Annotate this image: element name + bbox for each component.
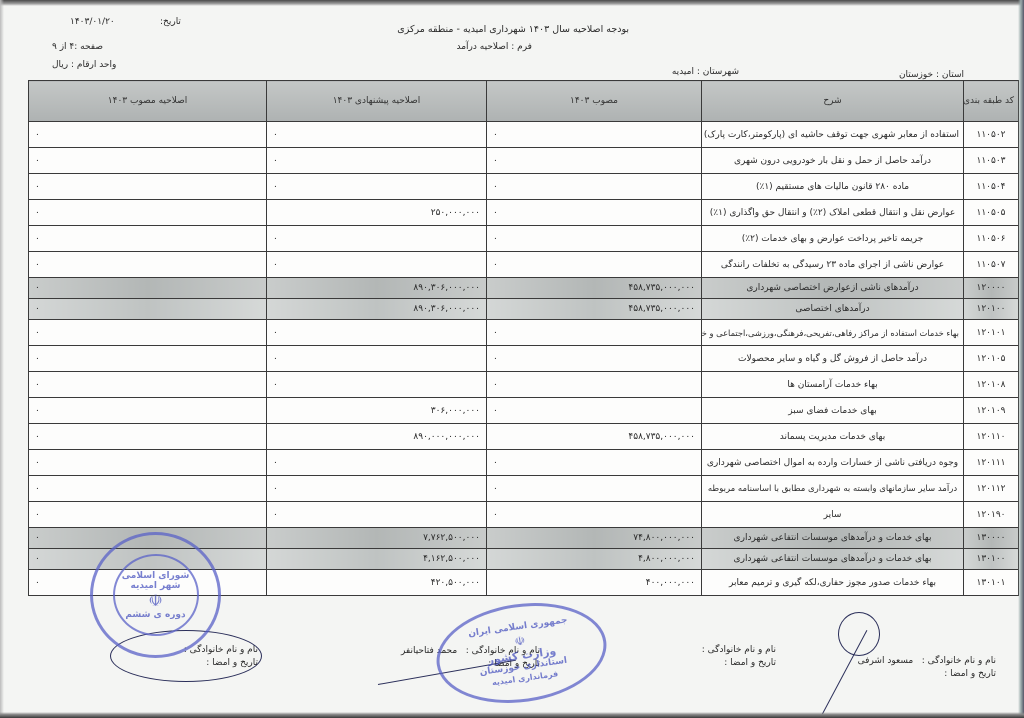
cell-approved: ۰ (487, 226, 702, 252)
cell-description: درآمدهای ناشی ازعوارض اختصاصی شهرداری (702, 278, 964, 299)
cell-code: ۱۱۰۵۰۷ (964, 252, 1019, 278)
cell-proposed-amendment: ۰ (267, 476, 487, 502)
cell-approved-amendment: ۰ (29, 502, 267, 528)
stamp-text: شورای اسلامی شهر امیدیه (115, 571, 197, 591)
cell-approved-amendment: ۰ (29, 200, 267, 226)
date-label: تاریخ: (160, 17, 181, 27)
signer-date-label: تاریخ و امضا : (702, 658, 776, 668)
cell-description: درآمد حاصل از حمل و نقل بار خودرویی درون… (702, 148, 964, 174)
cell-proposed-amendment: ۰ (267, 148, 487, 174)
table-row: ۱۱۰۵۰۷عوارض ناشی از اجرای ماده ۲۳ رسیدگی… (29, 252, 1019, 278)
province-field: استان : خوزستان (899, 70, 964, 80)
column-header-description: شرح (702, 81, 964, 122)
cell-description: بهای خدمات مدیریت پسماند (702, 424, 964, 450)
cell-description: ماده ۲۸۰ قانون مالیات های مستقیم (۱٪) (702, 174, 964, 200)
table-row: ۱۲۰۱۰۱بهاء خدمات استفاده از مراکز رفاهی،… (29, 320, 1019, 346)
signer-name-label: نام و نام خانوادگی : (702, 645, 776, 655)
cell-approved-amendment: ۰ (29, 372, 267, 398)
cell-description: بهاء خدمات آرامستان ها (702, 372, 964, 398)
cell-proposed-amendment: ۰ (267, 320, 487, 346)
date-value: ۱۴۰۳/۰۱/۲۰ (70, 17, 115, 27)
table-row: ۱۲۰۱۱۲درآمد سایر سازمانهای وابسته به شهر… (29, 476, 1019, 502)
cell-code: ۱۲۰۱۰۵ (964, 346, 1019, 372)
table-row: ۱۲۰۱۰۹بهای خدمات فضای سبز۰۳۰۶,۰۰۰,۰۰۰۰ (29, 398, 1019, 424)
county-value: امیدیه (672, 67, 694, 77)
cell-approved: ۰ (487, 320, 702, 346)
county-field: شهرستان : امیدیه (672, 67, 739, 77)
cell-approved-amendment: ۰ (29, 278, 267, 299)
stamp-text: دوره ی ششم (125, 610, 185, 620)
cell-proposed-amendment: ۰ (267, 346, 487, 372)
cell-proposed-amendment: ۰ (267, 372, 487, 398)
cell-proposed-amendment: ۰ (267, 122, 487, 148)
cell-code: ۱۲۰۱۹۰ (964, 502, 1019, 528)
column-header-approved: مصوب ۱۴۰۳ (487, 81, 702, 122)
signer-date-label: تاریخ و امضا : (858, 669, 996, 679)
cell-approved: ۴,۸۰۰,۰۰۰,۰۰۰ (487, 549, 702, 570)
form-label: فرم : اصلاحیه درآمد (457, 42, 532, 52)
cell-proposed-amendment: ۴۲۰,۵۰۰,۰۰۰ (267, 570, 487, 596)
table-row: ۱۲۰۱۱۰بهای خدمات مدیریت پسماند۴۵۸,۷۳۵,۰۰… (29, 424, 1019, 450)
cell-approved: ۰ (487, 200, 702, 226)
cell-code: ۱۱۰۵۰۲ (964, 122, 1019, 148)
council-stamp: شورای اسلامی شهر امیدیه ☫ دوره ی ششم (90, 532, 221, 658)
cell-approved-amendment: ۰ (29, 148, 267, 174)
cell-approved: ۴۵۸,۷۳۵,۰۰۰,۰۰۰ (487, 424, 702, 450)
cell-proposed-amendment: ۳۰۶,۰۰۰,۰۰۰ (267, 398, 487, 424)
cell-description: عوارض ناشی از اجرای ماده ۲۳ رسیدگی به تخ… (702, 252, 964, 278)
table-header-row: کد طبقه بندی شرح مصوب ۱۴۰۳ اصلاحیه پیشنه… (29, 81, 1019, 122)
cell-proposed-amendment: ۲۵۰,۰۰۰,۰۰۰ (267, 200, 487, 226)
cell-description: بهای خدمات و درآمدهای موسسات انتفاعی شهر… (702, 549, 964, 570)
table-row-subtotal: ۱۲۰۱۰۰درآمدهای اختصاصی۴۵۸,۷۳۵,۰۰۰,۰۰۰۸۹۰… (29, 299, 1019, 320)
cell-proposed-amendment: ۸۹۰,۳۰۶,۰۰۰,۰۰۰ (267, 299, 487, 320)
cell-approved-amendment: ۰ (29, 122, 267, 148)
cell-proposed-amendment: ۰ (267, 174, 487, 200)
cell-description: سایر (702, 502, 964, 528)
signature-block-2: نام و نام خانوادگی : تاریخ و امضا : (702, 645, 776, 668)
cell-proposed-amendment: ۰ (267, 450, 487, 476)
cell-description: بهای خدمات و درآمدهای موسسات انتفاعی شهر… (702, 528, 964, 549)
cell-approved-amendment: ۰ (29, 346, 267, 372)
cell-code: ۱۲۰۱۱۱ (964, 450, 1019, 476)
cell-proposed-amendment: ۰ (267, 502, 487, 528)
cell-description: درآمدهای اختصاصی (702, 299, 964, 320)
cell-approved: ۷۴,۸۰۰,۰۰۰,۰۰۰ (487, 528, 702, 549)
cell-code: ۱۱۰۵۰۳ (964, 148, 1019, 174)
cell-approved-amendment: ۰ (29, 320, 267, 346)
cell-approved-amendment: ۰ (29, 398, 267, 424)
table-row: ۱۲۰۱۰۸بهاء خدمات آرامستان ها۰۰۰ (29, 372, 1019, 398)
cell-approved-amendment: ۰ (29, 252, 267, 278)
table-row: ۱۱۰۵۰۳درآمد حاصل از حمل و نقل بار خودروی… (29, 148, 1019, 174)
column-header-code: کد طبقه بندی (964, 81, 1019, 122)
cell-code: ۱۲۰۱۱۰ (964, 424, 1019, 450)
cell-proposed-amendment: ۷,۷۶۲,۵۰۰,۰۰۰ (267, 528, 487, 549)
cell-approved: ۴۵۸,۷۳۵,۰۰۰,۰۰۰ (487, 299, 702, 320)
cell-approved-amendment: ۰ (29, 299, 267, 320)
cell-approved-amendment: ۰ (29, 174, 267, 200)
cell-approved: ۰ (487, 252, 702, 278)
signer-name: مسعود اشرفی (858, 656, 914, 666)
cell-proposed-amendment: ۸۹۰,۰۰۰,۰۰۰,۰۰۰ (267, 424, 487, 450)
cell-proposed-amendment: ۴,۱۶۲,۵۰۰,۰۰۰ (267, 549, 487, 570)
scan-edge-right (1018, 0, 1024, 718)
emblem-icon: ☫ (148, 591, 162, 610)
cell-approved: ۰ (487, 174, 702, 200)
cell-approved: ۰ (487, 122, 702, 148)
cell-code: ۱۱۰۵۰۶ (964, 226, 1019, 252)
cell-description: درآمد سایر سازمانهای وابسته به شهرداری م… (702, 476, 964, 502)
cell-proposed-amendment: ۰ (267, 226, 487, 252)
column-header-proposed-amendment: اصلاحیه پیشنهادی ۱۴۰۳ (267, 81, 487, 122)
signer-name-label: نام و نام خانوادگی : (922, 656, 996, 666)
cell-description: استفاده از معابر شهری جهت توقف حاشیه ای … (702, 122, 964, 148)
cell-description: بهای خدمات فضای سبز (702, 398, 964, 424)
cell-code: ۱۲۰۱۰۱ (964, 320, 1019, 346)
cell-approved-amendment: ۰ (29, 450, 267, 476)
cell-code: ۱۲۰۱۰۸ (964, 372, 1019, 398)
cell-code: ۱۲۰۰۰۰ (964, 278, 1019, 299)
cell-approved: ۰ (487, 502, 702, 528)
cell-approved-amendment: ۰ (29, 226, 267, 252)
table-row: ۱۲۰۱۰۵درآمد حاصل از فروش گل و گیاه و سای… (29, 346, 1019, 372)
table-row: ۱۱۰۵۰۶جریمه تاخیر پرداخت عوارض و بهای خد… (29, 226, 1019, 252)
cell-code: ۱۳۰۰۰۰ (964, 528, 1019, 549)
table-row: ۱۱۰۵۰۵عوارض نقل و انتقال قطعی املاک (۲٪)… (29, 200, 1019, 226)
cell-description: عوارض نقل و انتقال قطعی املاک (۲٪) و انت… (702, 200, 964, 226)
cell-approved: ۰ (487, 450, 702, 476)
budget-table: کد طبقه بندی شرح مصوب ۱۴۰۳ اصلاحیه پیشنه… (28, 80, 1019, 596)
cell-description: جریمه تاخیر پرداخت عوارض و بهای خدمات (۲… (702, 226, 964, 252)
cell-approved: ۴۵۸,۷۳۵,۰۰۰,۰۰۰ (487, 278, 702, 299)
cell-code: ۱۲۰۱۰۹ (964, 398, 1019, 424)
province-label: استان : (936, 70, 964, 80)
cell-code: ۱۱۰۵۰۴ (964, 174, 1019, 200)
county-label: شهرستان : (697, 67, 739, 77)
governorate-stamp: جمهوری اسلامی ایران ☫ وزارت کشور استاندا… (430, 593, 613, 714)
cell-approved: ۰ (487, 398, 702, 424)
signature-block-1: نام و نام خانوادگی : مسعود اشرفی تاریخ و… (858, 656, 996, 679)
scan-edge-left (0, 0, 4, 718)
unit-label: واحد ارقام : ریال (52, 60, 116, 70)
cell-description: درآمد حاصل از فروش گل و گیاه و سایر محصو… (702, 346, 964, 372)
cell-code: ۱۳۰۱۰۱ (964, 570, 1019, 596)
cell-proposed-amendment: ۸۹۰,۳۰۶,۰۰۰,۰۰۰ (267, 278, 487, 299)
cell-code: ۱۱۰۵۰۵ (964, 200, 1019, 226)
table-row: ۱۲۰۱۹۰سایر۰۰۰ (29, 502, 1019, 528)
cell-code: ۱۲۰۱۰۰ (964, 299, 1019, 320)
handwritten-signature-mark (838, 612, 880, 656)
table-row: ۱۱۰۵۰۲استفاده از معابر شهری جهت توقف حاش… (29, 122, 1019, 148)
table-row-subtotal: ۱۲۰۰۰۰درآمدهای ناشی ازعوارض اختصاصی شهرد… (29, 278, 1019, 299)
cell-approved: ۰ (487, 346, 702, 372)
table-body: ۱۱۰۵۰۲استفاده از معابر شهری جهت توقف حاش… (29, 122, 1019, 596)
table-row: ۱۲۰۱۱۱وجوه دریافتی ناشی از خسارات وارده … (29, 450, 1019, 476)
cell-proposed-amendment: ۰ (267, 252, 487, 278)
table-row: ۱۱۰۵۰۴ماده ۲۸۰ قانون مالیات های مستقیم (… (29, 174, 1019, 200)
cell-approved-amendment: ۰ (29, 424, 267, 450)
cell-description: وجوه دریافتی ناشی از خسارات وارده به امو… (702, 450, 964, 476)
cell-code: ۱۳۰۱۰۰ (964, 549, 1019, 570)
cell-approved: ۰ (487, 372, 702, 398)
page-indicator: صفحه :۴ از ۹ (52, 42, 103, 52)
province-value: خوزستان (899, 70, 933, 80)
scan-edge-bottom (0, 712, 1024, 718)
cell-approved: ۰ (487, 476, 702, 502)
document-title: بودجه اصلاحیه سال ۱۴۰۳ شهرداری امیدیه - … (397, 24, 629, 35)
cell-approved: ۰ (487, 148, 702, 174)
cell-description: بهاء خدمات صدور مجوز حفاری،لکه گیری و تر… (702, 570, 964, 596)
cell-approved-amendment: ۰ (29, 476, 267, 502)
scan-edge-top (0, 0, 1024, 6)
cell-approved: ۴۰۰,۰۰۰,۰۰۰ (487, 570, 702, 596)
column-header-approved-amendment: اصلاحیه مصوب ۱۴۰۳ (29, 81, 267, 122)
cell-description: بهاء خدمات استفاده از مراکز رفاهی،تفریحی… (702, 320, 964, 346)
cell-code: ۱۲۰۱۱۲ (964, 476, 1019, 502)
